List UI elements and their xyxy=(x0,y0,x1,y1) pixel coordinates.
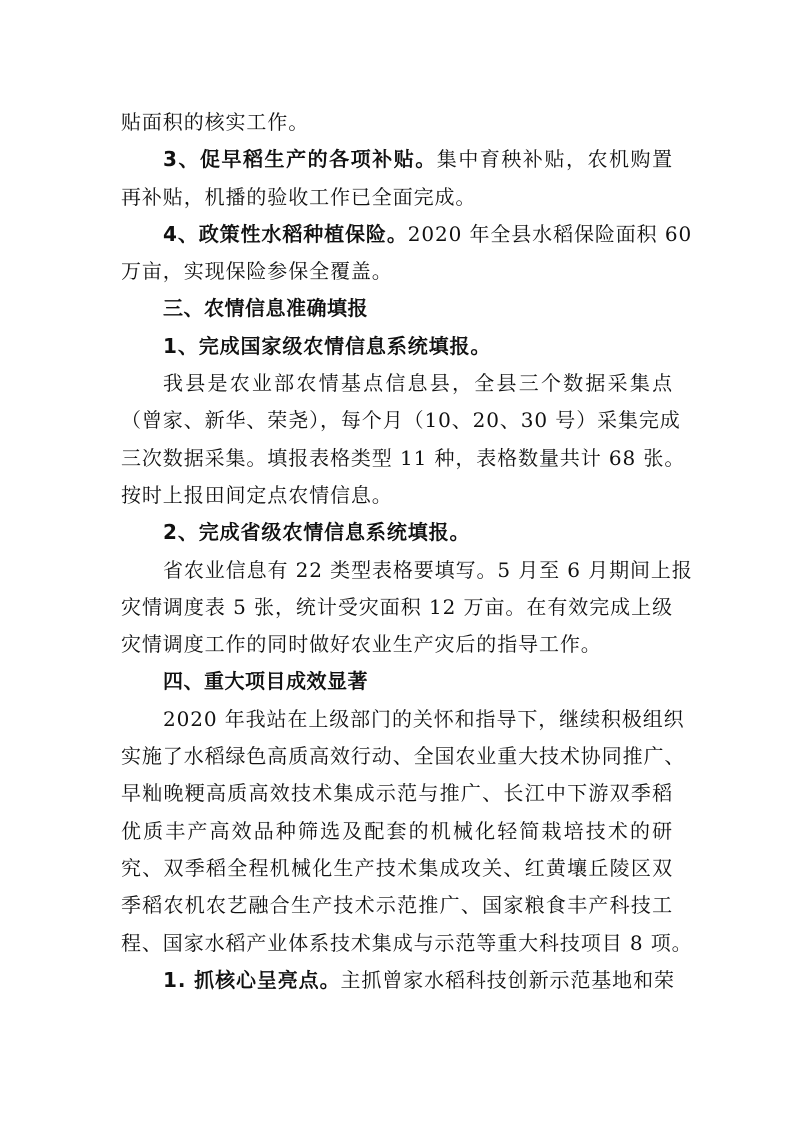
section-heading: 三、农情信息准确填报 xyxy=(163,296,368,320)
body-text: 究、双季稻全程机械化生产技术集成攻关、红黄壤丘陵区双 xyxy=(121,856,673,880)
body-text: 我县是农业部农情基点信息县，全县三个数据采集点 xyxy=(163,371,673,395)
body-text: 万亩，实现保险参保全覆盖。 xyxy=(121,259,393,283)
document-page: 贴面积的核实工作。 3、促早稻生产的各项补贴。集中育秧补贴，农机购置 再补贴，机… xyxy=(121,104,673,999)
body-text: 按时上报田间定点农情信息。 xyxy=(121,483,393,507)
section-heading: 四、重大项目成效显著 xyxy=(163,669,368,693)
paragraph-line: 省农业信息有 22 类型表格要填写。5 月至 6 月期间上报 xyxy=(121,552,673,589)
section-heading-line: 三、农情信息准确填报 xyxy=(121,290,673,327)
paragraph-line: 季稻农机农艺融合生产技术示范推广、国家粮食丰产科技工 xyxy=(121,887,673,924)
body-text: 主抓曾家水稻科技创新示范基地和荣 xyxy=(340,968,674,992)
paragraph-line: 万亩，实现保险参保全覆盖。 xyxy=(121,253,673,290)
section-heading-line: 四、重大项目成效显著 xyxy=(121,663,673,700)
paragraph-line: 早籼晚粳高质高效技术集成示范与推广、长江中下游双季稻 xyxy=(121,775,673,812)
subheading-line: 4、政策性水稻种植保险。2020 年全县水稻保险面积 60 xyxy=(121,216,673,253)
body-text: 贴面积的核实工作。 xyxy=(121,110,309,134)
subheading-line: 1. 抓核心呈亮点。主抓曾家水稻科技创新示范基地和荣 xyxy=(121,962,673,999)
subheading-line: 1、完成国家级农情信息系统填报。 xyxy=(121,328,673,365)
body-text: 省农业信息有 22 类型表格要填写。5 月至 6 月期间上报 xyxy=(163,558,693,582)
body-text: 三次数据采集。填报表格类型 11 种，表格数量共计 68 张。 xyxy=(121,446,685,470)
paragraph-line: 2020 年我站在上级部门的关怀和指导下，继续积极组织 xyxy=(121,701,673,738)
paragraph-line: 究、双季稻全程机械化生产技术集成攻关、红黄壤丘陵区双 xyxy=(121,850,673,887)
body-text: 灾情调度表 5 张，统计受灾面积 12 万亩。在有效完成上级 xyxy=(121,595,673,619)
body-text: 灾情调度工作的同时做好农业生产灾后的指导工作。 xyxy=(121,632,602,656)
paragraph-line: 优质丰产高效品种筛选及配套的机械化轻简栽培技术的研 xyxy=(121,813,673,850)
subheading: 4、政策性水稻种植保险。 xyxy=(163,222,408,246)
paragraph-line: 灾情调度表 5 张，统计受灾面积 12 万亩。在有效完成上级 xyxy=(121,589,673,626)
paragraph-line: 三次数据采集。填报表格类型 11 种，表格数量共计 68 张。 xyxy=(121,440,673,477)
subheading-line: 3、促早稻生产的各项补贴。集中育秧补贴，农机购置 xyxy=(121,141,673,178)
subheading: 1、完成国家级农情信息系统填报。 xyxy=(163,334,491,358)
body-text: 再补贴，机播的验收工作已全面完成。 xyxy=(121,185,476,209)
subheading-line: 2、完成省级农情信息系统填报。 xyxy=(121,514,673,551)
paragraph-line: 灾情调度工作的同时做好农业生产灾后的指导工作。 xyxy=(121,626,673,663)
paragraph-line: 按时上报田间定点农情信息。 xyxy=(121,477,673,514)
body-text: 程、国家水稻产业体系技术集成与示范等重大科技项目 8 项。 xyxy=(121,931,693,955)
paragraph-line: 实施了水稻绿色高质高效行动、全国农业重大技术协同推广、 xyxy=(121,738,673,775)
paragraph-line: 我县是农业部农情基点信息县，全县三个数据采集点 xyxy=(121,365,673,402)
body-text: 2020 年我站在上级部门的关怀和指导下，继续积极组织 xyxy=(163,707,685,731)
body-text: 早籼晚粳高质高效技术集成示范与推广、长江中下游双季稻 xyxy=(121,781,673,805)
body-text: 实施了水稻绿色高质高效行动、全国农业重大技术协同推广、 xyxy=(121,744,685,768)
paragraph-line: （曾家、新华、荣尧），每个月（10、20、30 号）采集完成 xyxy=(121,402,673,439)
paragraph-line: 贴面积的核实工作。 xyxy=(121,104,673,141)
paragraph-line: 再补贴，机播的验收工作已全面完成。 xyxy=(121,179,673,216)
body-text: 季稻农机农艺融合生产技术示范推广、国家粮食丰产科技工 xyxy=(121,893,673,917)
body-text: 优质丰产高效品种筛选及配套的机械化轻简栽培技术的研 xyxy=(121,819,673,843)
subheading: 3、促早稻生产的各项补贴。 xyxy=(163,147,437,171)
paragraph-line: 程、国家水稻产业体系技术集成与示范等重大科技项目 8 项。 xyxy=(121,925,673,962)
subheading: 1. 抓核心呈亮点。 xyxy=(163,968,340,992)
subheading: 2、完成省级农情信息系统填报。 xyxy=(163,520,470,544)
body-text: 集中育秧补贴，农机购置 xyxy=(437,147,673,171)
body-text: （曾家、新华、荣尧），每个月（10、20、30 号）采集完成 xyxy=(121,408,681,432)
body-text: 2020 年全县水稻保险面积 60 xyxy=(408,222,692,246)
